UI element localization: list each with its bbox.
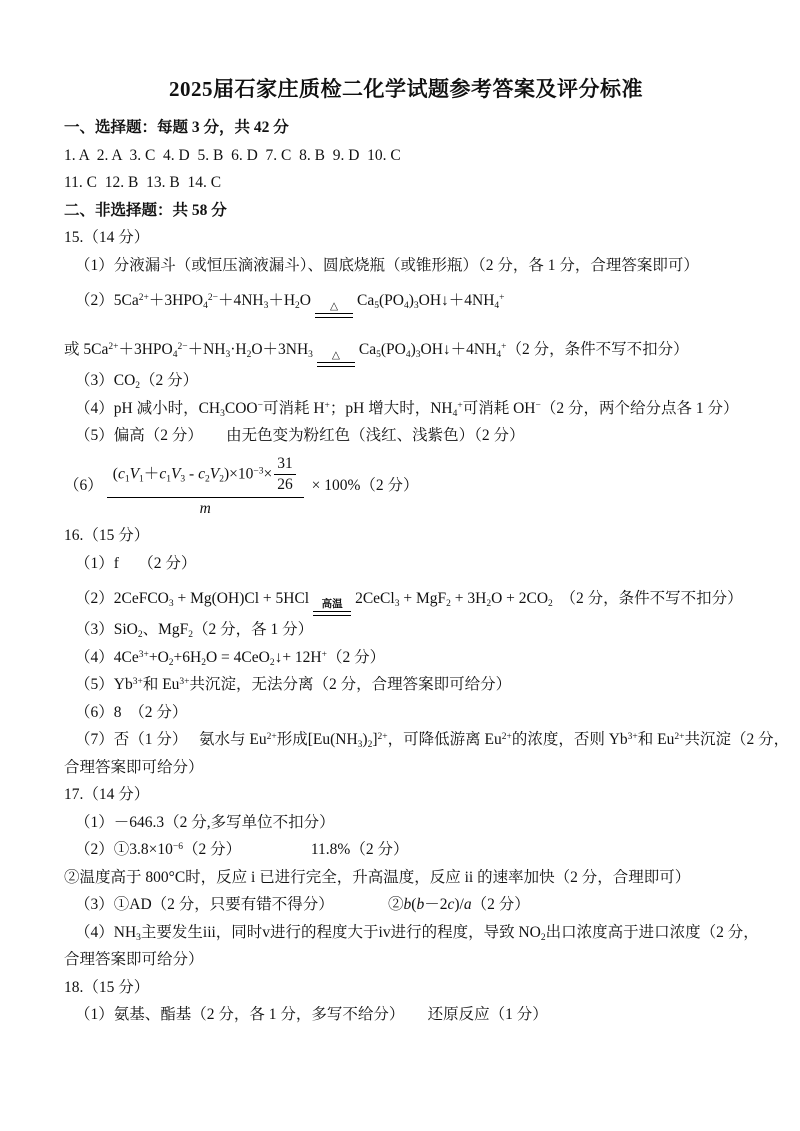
q17-a4: （4）NH3主要发生iii，同时v进行的程度大于iv进行的程度，导致 NO2出口… <box>64 919 748 947</box>
q15-a1: （1）分液漏斗（或恒压滴液漏斗）、圆底烧瓶（或锥形瓶）（2 分，各 1 分，合理… <box>64 252 748 280</box>
fraction: (c1V1＋c1V3 - c2V2)×10−3×3126m <box>107 454 304 519</box>
q16-a6: （6）8 （2 分） <box>64 699 748 727</box>
reaction-condition-label: 高温 <box>322 599 343 611</box>
q15-eq2: （2）5Ca2+＋3HPO42−＋4NH3＋H2O△Ca5(PO4)3OH↓＋4… <box>64 279 748 318</box>
reaction-condition-equals: △ <box>315 301 353 318</box>
reaction-condition-equals: △ <box>317 350 355 367</box>
document-body: 一、选择题：每题 3 分，共 42 分1. A 2. A 3. C 4. D 5… <box>64 114 748 1029</box>
q16-a5: （5）Yb3+和 Eu3+共沉淀，无法分离（2 分，合理答案即可给分） <box>64 671 748 699</box>
q16-a7: （7）否（1 分） 氨水与 Eu2+形成[Eu(NH3)2]2+，可降低游离 E… <box>64 726 748 754</box>
section-heading-non-choice: 二、非选择题：共 58 分 <box>64 197 748 225</box>
q15-a3: （3）CO2（2 分） <box>64 367 748 395</box>
q16-a3: （3）SiO2、MgF2（2 分，各 1 分） <box>64 616 748 644</box>
q15-a4: （4）pH 减小时，CH3COO−可消耗 H+；pH 增大时，NH4+可消耗 O… <box>64 395 748 423</box>
fraction-numerator: (c1V1＋c1V3 - c2V2)×10−3×3126 <box>107 454 304 498</box>
q17-a2-2: ②温度高于 800°C时，反应 i 已进行完全，升高温度，反应 ii 的速率加快… <box>64 864 748 892</box>
q16-header: 16.（15 分） <box>64 522 748 550</box>
q17-a4-cont: 合理答案即可给分） <box>64 946 748 974</box>
fraction-denominator: 26 <box>277 475 293 495</box>
reaction-condition-equals: 高温 <box>313 599 351 616</box>
q15-eq2-alt: 或 5Ca2+＋3HPO42−＋NH3·H2O＋3NH3△Ca5(PO4)3OH… <box>64 328 748 367</box>
q16-a7-cont: 合理答案即可给分） <box>64 754 748 782</box>
answer-row-1-10: 1. A 2. A 3. C 4. D 5. B 6. D 7. C 8. B … <box>64 142 748 170</box>
q17-header: 17.（14 分） <box>64 781 748 809</box>
double-line-equals <box>313 611 351 616</box>
reaction-condition-label: △ <box>332 350 340 362</box>
q15-a5: （5）偏高（2 分） 由无色变为粉红色（浅红、浅紫色）（2 分） <box>64 422 748 450</box>
fraction-denominator: m <box>200 498 211 519</box>
q16-a4: （4）4Ce3++O2+6H2O = 4CeO2↓+ 12H+（2 分） <box>64 644 748 672</box>
q17-a3: （3）①AD（2 分，只要有错不得分） ②b(b－2c)/a（2 分） <box>64 891 748 919</box>
q16-eq2: （2）2CeFCO3 + Mg(OH)Cl + 5HCl高温2CeCl3 + M… <box>64 577 748 616</box>
double-line-equals <box>315 313 353 318</box>
fraction: 3126 <box>274 455 296 495</box>
answer-row-11-14: 11. C 12. B 13. B 14. C <box>64 169 748 197</box>
q15-a6-formula: （6）(c1V1＋c1V3 - c2V2)×10−3×3126m × 100%（… <box>64 450 748 523</box>
q18-a1: （1）氨基、酯基（2 分，各 1 分，多写不给分） 还原反应（1 分） <box>64 1001 748 1029</box>
q17-a1: （1）－646.3（2 分,多写单位不扣分） <box>64 809 748 837</box>
section-heading-choice: 一、选择题：每题 3 分，共 42 分 <box>64 114 748 142</box>
q15-header: 15.（14 分） <box>64 224 748 252</box>
double-line-equals <box>317 362 355 367</box>
fraction-numerator: 31 <box>274 455 296 476</box>
q18-header: 18.（15 分） <box>64 974 748 1002</box>
document-page: 2025届石家庄质检二化学试题参考答案及评分标准 一、选择题：每题 3 分，共 … <box>0 0 800 1029</box>
q16-a1: （1）f （2 分） <box>64 550 748 578</box>
reaction-condition-label: △ <box>330 301 338 313</box>
page-title: 2025届石家庄质检二化学试题参考答案及评分标准 <box>64 74 748 104</box>
q17-a2-1: （2）①3.8×10−6（2 分） 11.8%（2 分） <box>64 836 748 864</box>
